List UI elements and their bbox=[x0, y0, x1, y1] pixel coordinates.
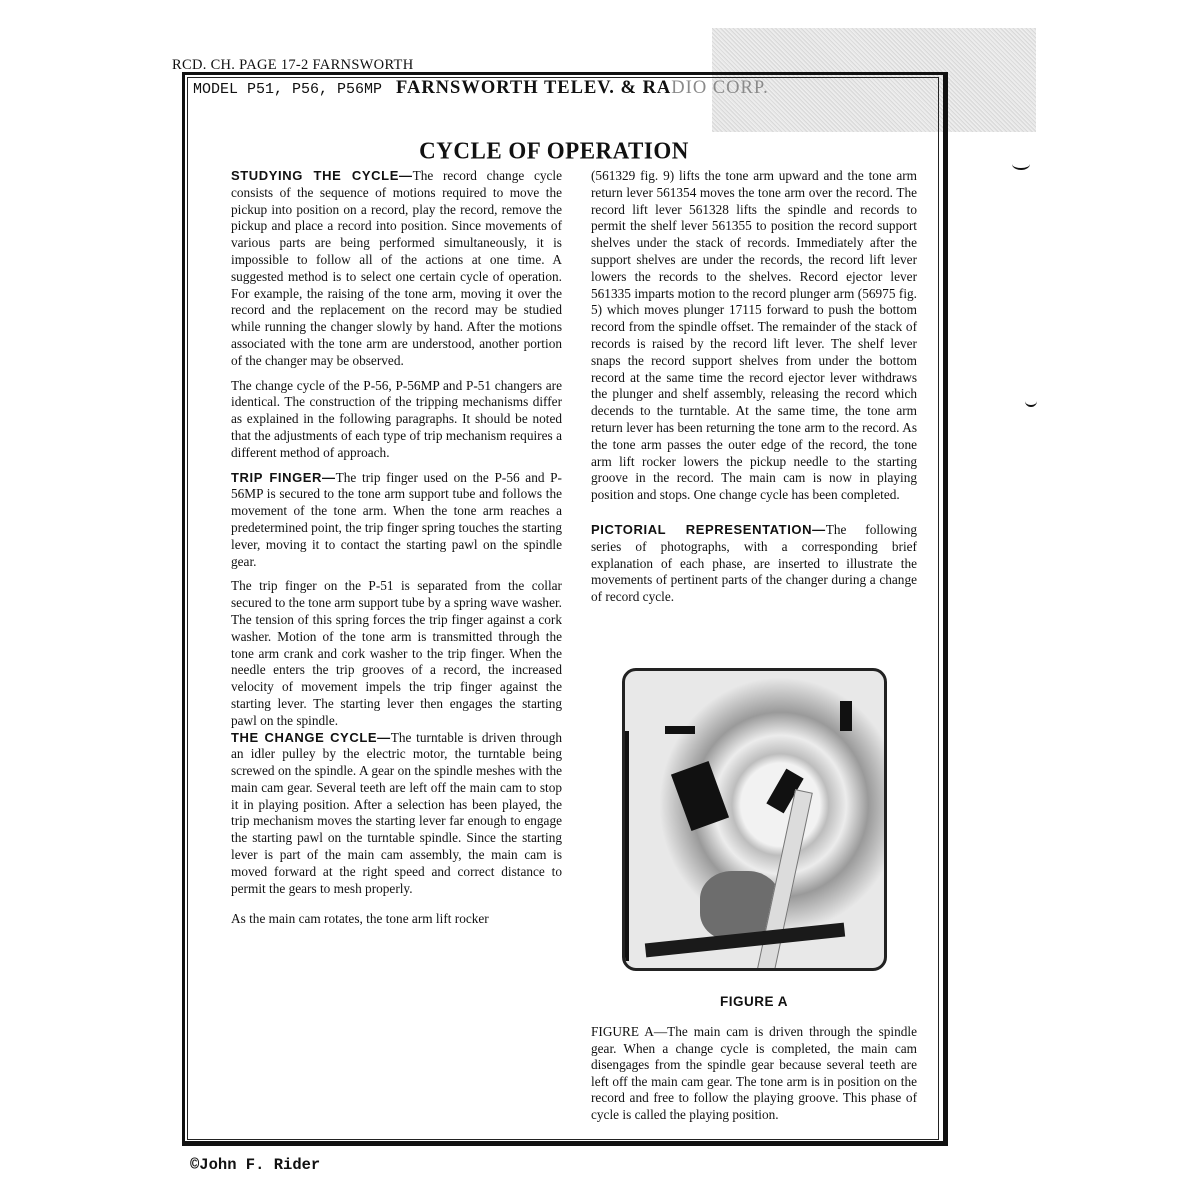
copyright-footer: ©John F. Rider bbox=[190, 1156, 320, 1174]
studying-paragraph: STUDYING THE CYCLE—The record change cyc… bbox=[231, 168, 562, 370]
section-heading: PICTORIAL REPRESENTATION— bbox=[591, 522, 826, 537]
left-column: STUDYING THE CYCLE—The record change cyc… bbox=[231, 168, 562, 936]
photo-detail bbox=[840, 701, 852, 731]
figure-label: FIGURE A bbox=[591, 994, 917, 1009]
caption-lead: FIGURE A— bbox=[591, 1024, 667, 1039]
section-heading: TRIP FINGER— bbox=[231, 470, 336, 485]
scan-mark bbox=[1012, 158, 1030, 170]
scan-mark bbox=[1025, 395, 1037, 407]
figure-caption: FIGURE A—The main cam is driven through … bbox=[591, 1024, 917, 1124]
photo-detail bbox=[665, 726, 695, 734]
manufacturer-name-main: FARNSWORTH TELEV. & RA bbox=[396, 78, 671, 98]
trip-finger-paragraph: TRIP FINGER—The trip finger used on the … bbox=[231, 470, 562, 571]
pictorial-paragraph: PICTORIAL REPRESENTATION—The following s… bbox=[591, 522, 917, 606]
manufacturer-name: FARNSWORTH TELEV. & RADIO CORP. bbox=[396, 78, 769, 98]
continued-paragraph: (561329 fig. 9) lifts the tone arm upwar… bbox=[591, 168, 917, 504]
section-heading: STUDYING THE CYCLE— bbox=[231, 168, 413, 183]
model-header: MODEL P51, P56, P56MP FARNSWORTH TELEV. … bbox=[193, 78, 769, 99]
paragraph-text: The record change cycle consists of the … bbox=[231, 168, 562, 368]
p51-paragraph: The trip finger on the P-51 is separated… bbox=[231, 578, 562, 729]
paragraph-text: The turntable is driven through an idler… bbox=[231, 730, 562, 896]
page-title: CYCLE OF OPERATION bbox=[0, 137, 1108, 164]
manufacturer-name-faded: DIO CORP. bbox=[671, 78, 768, 98]
model-numbers: MODEL P51, P56, P56MP bbox=[193, 81, 382, 98]
section-heading: THE CHANGE CYCLE— bbox=[231, 730, 391, 745]
photo-detail bbox=[623, 731, 629, 961]
change-cycle-paragraph: THE CHANGE CYCLE—The turntable is driven… bbox=[231, 730, 562, 898]
figure-a-photo bbox=[622, 668, 887, 971]
right-column: (561329 fig. 9) lifts the tone arm upwar… bbox=[591, 168, 917, 614]
identical-paragraph: The change cycle of the P-56, P-56MP and… bbox=[231, 378, 562, 462]
rotates-paragraph: As the main cam rotates, the tone arm li… bbox=[231, 911, 562, 928]
photo-detail bbox=[671, 761, 729, 831]
